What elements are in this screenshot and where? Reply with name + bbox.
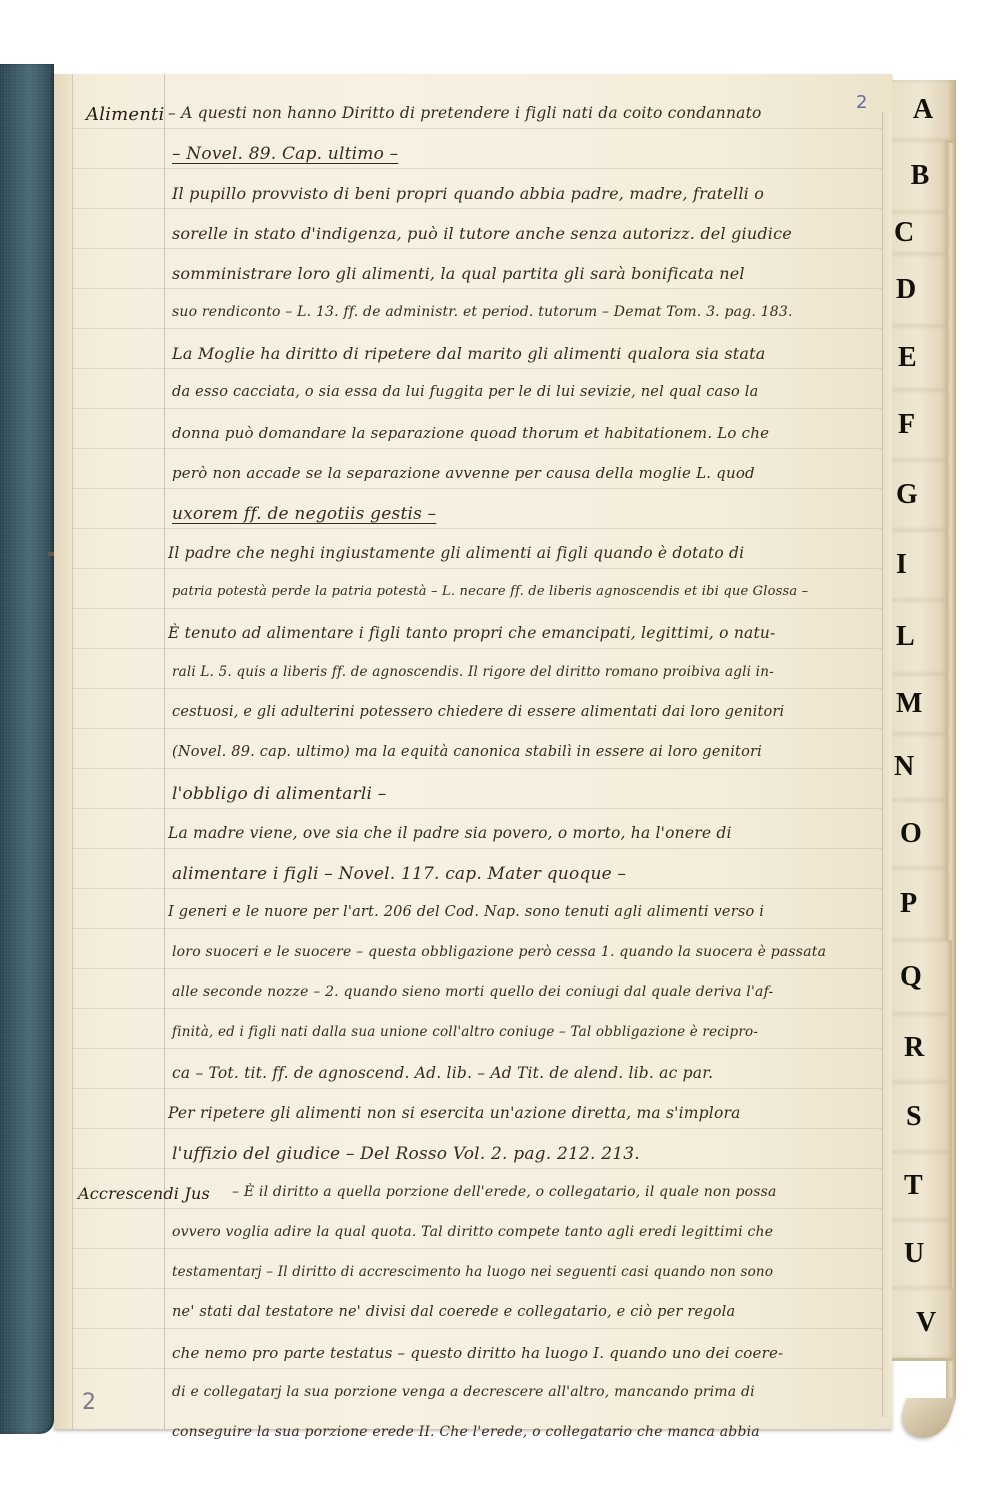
tab-letter: L [896,621,915,653]
index-tab-r[interactable]: R [892,1014,952,1085]
tab-letter: N [894,751,914,783]
ruled-line [72,1208,882,1209]
ruled-line [72,1288,882,1289]
text-line: È tenuto ad alimentare i figli tanto pro… [168,624,776,642]
text-line: l'obbligo di alimentarli – [172,784,386,804]
tab-letter: A [913,94,933,126]
ruled-line [72,648,882,649]
text-line: però non accade se la separazione avvenn… [172,464,755,482]
ruled-line [72,328,882,329]
text-line: (Novel. 89. cap. ultimo) ma la equità ca… [172,744,762,760]
text-line: loro suoceri e le suocere – questa obbli… [172,944,826,960]
ruled-line [72,888,882,889]
text-line: da esso cacciata, o sia essa da lui fugg… [172,384,758,400]
ruled-line [72,688,882,689]
text-line: sorelle in stato d'indigenza, può il tut… [172,224,792,243]
index-tab-q[interactable]: Q [892,940,952,1017]
index-tab-d[interactable]: D [892,254,948,329]
text-line: di e collegatarj la sua porzione venga a… [172,1384,755,1400]
tab-letter: G [896,479,918,511]
tab-letter: S [906,1101,922,1133]
tab-letter: I [896,549,907,581]
index-tab-l[interactable]: L [892,600,948,677]
curled-page-corner [894,1398,957,1438]
tab-letter: V [916,1307,936,1339]
ruled-line [72,928,882,929]
ruled-line [72,968,882,969]
entry-heading-accrescendi-jus: Accrescendi Jus [78,1184,210,1203]
tab-letter: D [896,274,916,306]
index-tab-g[interactable]: G [892,460,948,533]
ruled-line [72,488,882,489]
text-line: – È il diritto a quella porzione dell'er… [232,1184,777,1200]
text-line: La Moglie ha diritto di ripetere dal mar… [172,344,766,363]
tab-letter: Q [900,961,922,993]
text-line: alimentare i figli – Novel. 117. cap. Ma… [172,864,626,884]
text-line: Il padre che neghi ingiustamente gli ali… [168,544,744,562]
text-line: che nemo pro parte testatus – questo dir… [172,1344,783,1362]
ruled-line [72,368,882,369]
tab-letter: P [900,888,917,920]
tab-letter: R [904,1032,924,1064]
tab-letter: C [894,217,914,249]
ruled-line [72,1088,882,1089]
index-tab-o[interactable]: O [892,800,948,871]
ruled-line [72,568,882,569]
text-line: donna può domandare la separazione quoad… [172,424,769,442]
ruled-line [72,1008,882,1009]
ruled-line [72,808,882,809]
tab-letter: F [898,409,915,441]
ruled-line [72,408,882,409]
index-tab-c[interactable]: C [892,212,948,257]
ruled-line [72,1048,882,1049]
index-tab-m[interactable]: M [892,674,948,737]
ruled-line [72,1128,882,1129]
text-line: rali L. 5. quis a liberis ff. de agnosce… [172,664,774,680]
ruled-line [72,1248,882,1249]
tab-letter: M [896,688,922,720]
ruled-line [72,528,882,529]
text-line: Il pupillo provvisto di beni propri quan… [172,184,764,203]
ruled-line [72,608,882,609]
text-line: ovvero voglia adire la qual quota. Tal d… [172,1224,773,1240]
ruled-line [72,288,882,289]
margin-rule [164,74,165,1429]
ruled-line [72,208,882,209]
tab-letter: E [898,342,917,374]
index-tab-e[interactable]: E [892,326,948,393]
text-line: conseguire la sua porzione erede II. Che… [172,1424,760,1440]
index-tab-a[interactable]: A [892,80,954,143]
ruled-line [72,1168,882,1169]
ruled-line [72,848,882,849]
index-tab-f[interactable]: F [892,390,948,463]
text-line: – A questi non hanno Diritto di pretende… [168,104,762,122]
ruled-line [72,248,882,249]
tab-letter: O [900,818,922,850]
index-tab-v[interactable]: V [892,1288,954,1361]
ruled-line [72,728,882,729]
text-line: patria potestà perde la patria potestà –… [172,584,808,599]
ruled-line [72,128,882,129]
text-line: ne' stati dal testatore ne' divisi dal c… [172,1304,735,1320]
ruled-line [72,1328,882,1329]
text-line: suo rendiconto – L. 13. ff. de administr… [172,304,793,320]
text-line: uxorem ff. de negotiis gestis – [172,504,436,524]
text-line: ca – Tot. tit. ff. de agnoscend. Ad. lib… [172,1064,713,1082]
tab-letter: T [904,1170,923,1202]
ruled-line [72,768,882,769]
index-tab-t[interactable]: T [892,1152,952,1223]
text-line: La madre viene, ove sia che il padre sia… [168,824,732,842]
text-line: I generi e le nuore per l'art. 206 del C… [168,904,764,920]
tab-letter: U [904,1238,924,1270]
index-tab-p[interactable]: P [892,868,948,943]
page-gutter [54,74,73,1429]
text-line: testamentarj – Il diritto di accrescimen… [172,1264,773,1280]
text-line: Per ripetere gli alimenti non si esercit… [168,1104,741,1122]
index-tab-s[interactable]: S [892,1082,952,1155]
entry-heading-alimenti: Alimenti [86,104,164,125]
index-tab-i[interactable]: I [892,530,948,603]
page-number-top: 2 [856,92,867,113]
page-number-bottom: 2 [82,1390,96,1415]
text-line: l'uffizio del giudice – Del Rosso Vol. 2… [172,1144,640,1164]
ruled-line [72,1368,882,1369]
text-line: cestuosi, e gli adulterini potessero chi… [172,704,784,720]
text-line: somministrare loro gli alimenti, la qual… [172,264,745,283]
text-line: – Novel. 89. Cap. ultimo – [172,144,398,164]
text-line: alle seconde nozze – 2. quando sieno mor… [172,984,773,1000]
index-tab-b[interactable]: B [892,140,948,215]
index-tab-u[interactable]: U [892,1220,952,1291]
ruled-line [72,448,882,449]
notebook-cover [0,64,54,1434]
text-line: finità, ed i figli nati dalla sua unione… [172,1024,758,1040]
ruled-line [72,168,882,169]
index-tab-n[interactable]: N [892,734,948,803]
tab-letter: B [911,160,930,192]
